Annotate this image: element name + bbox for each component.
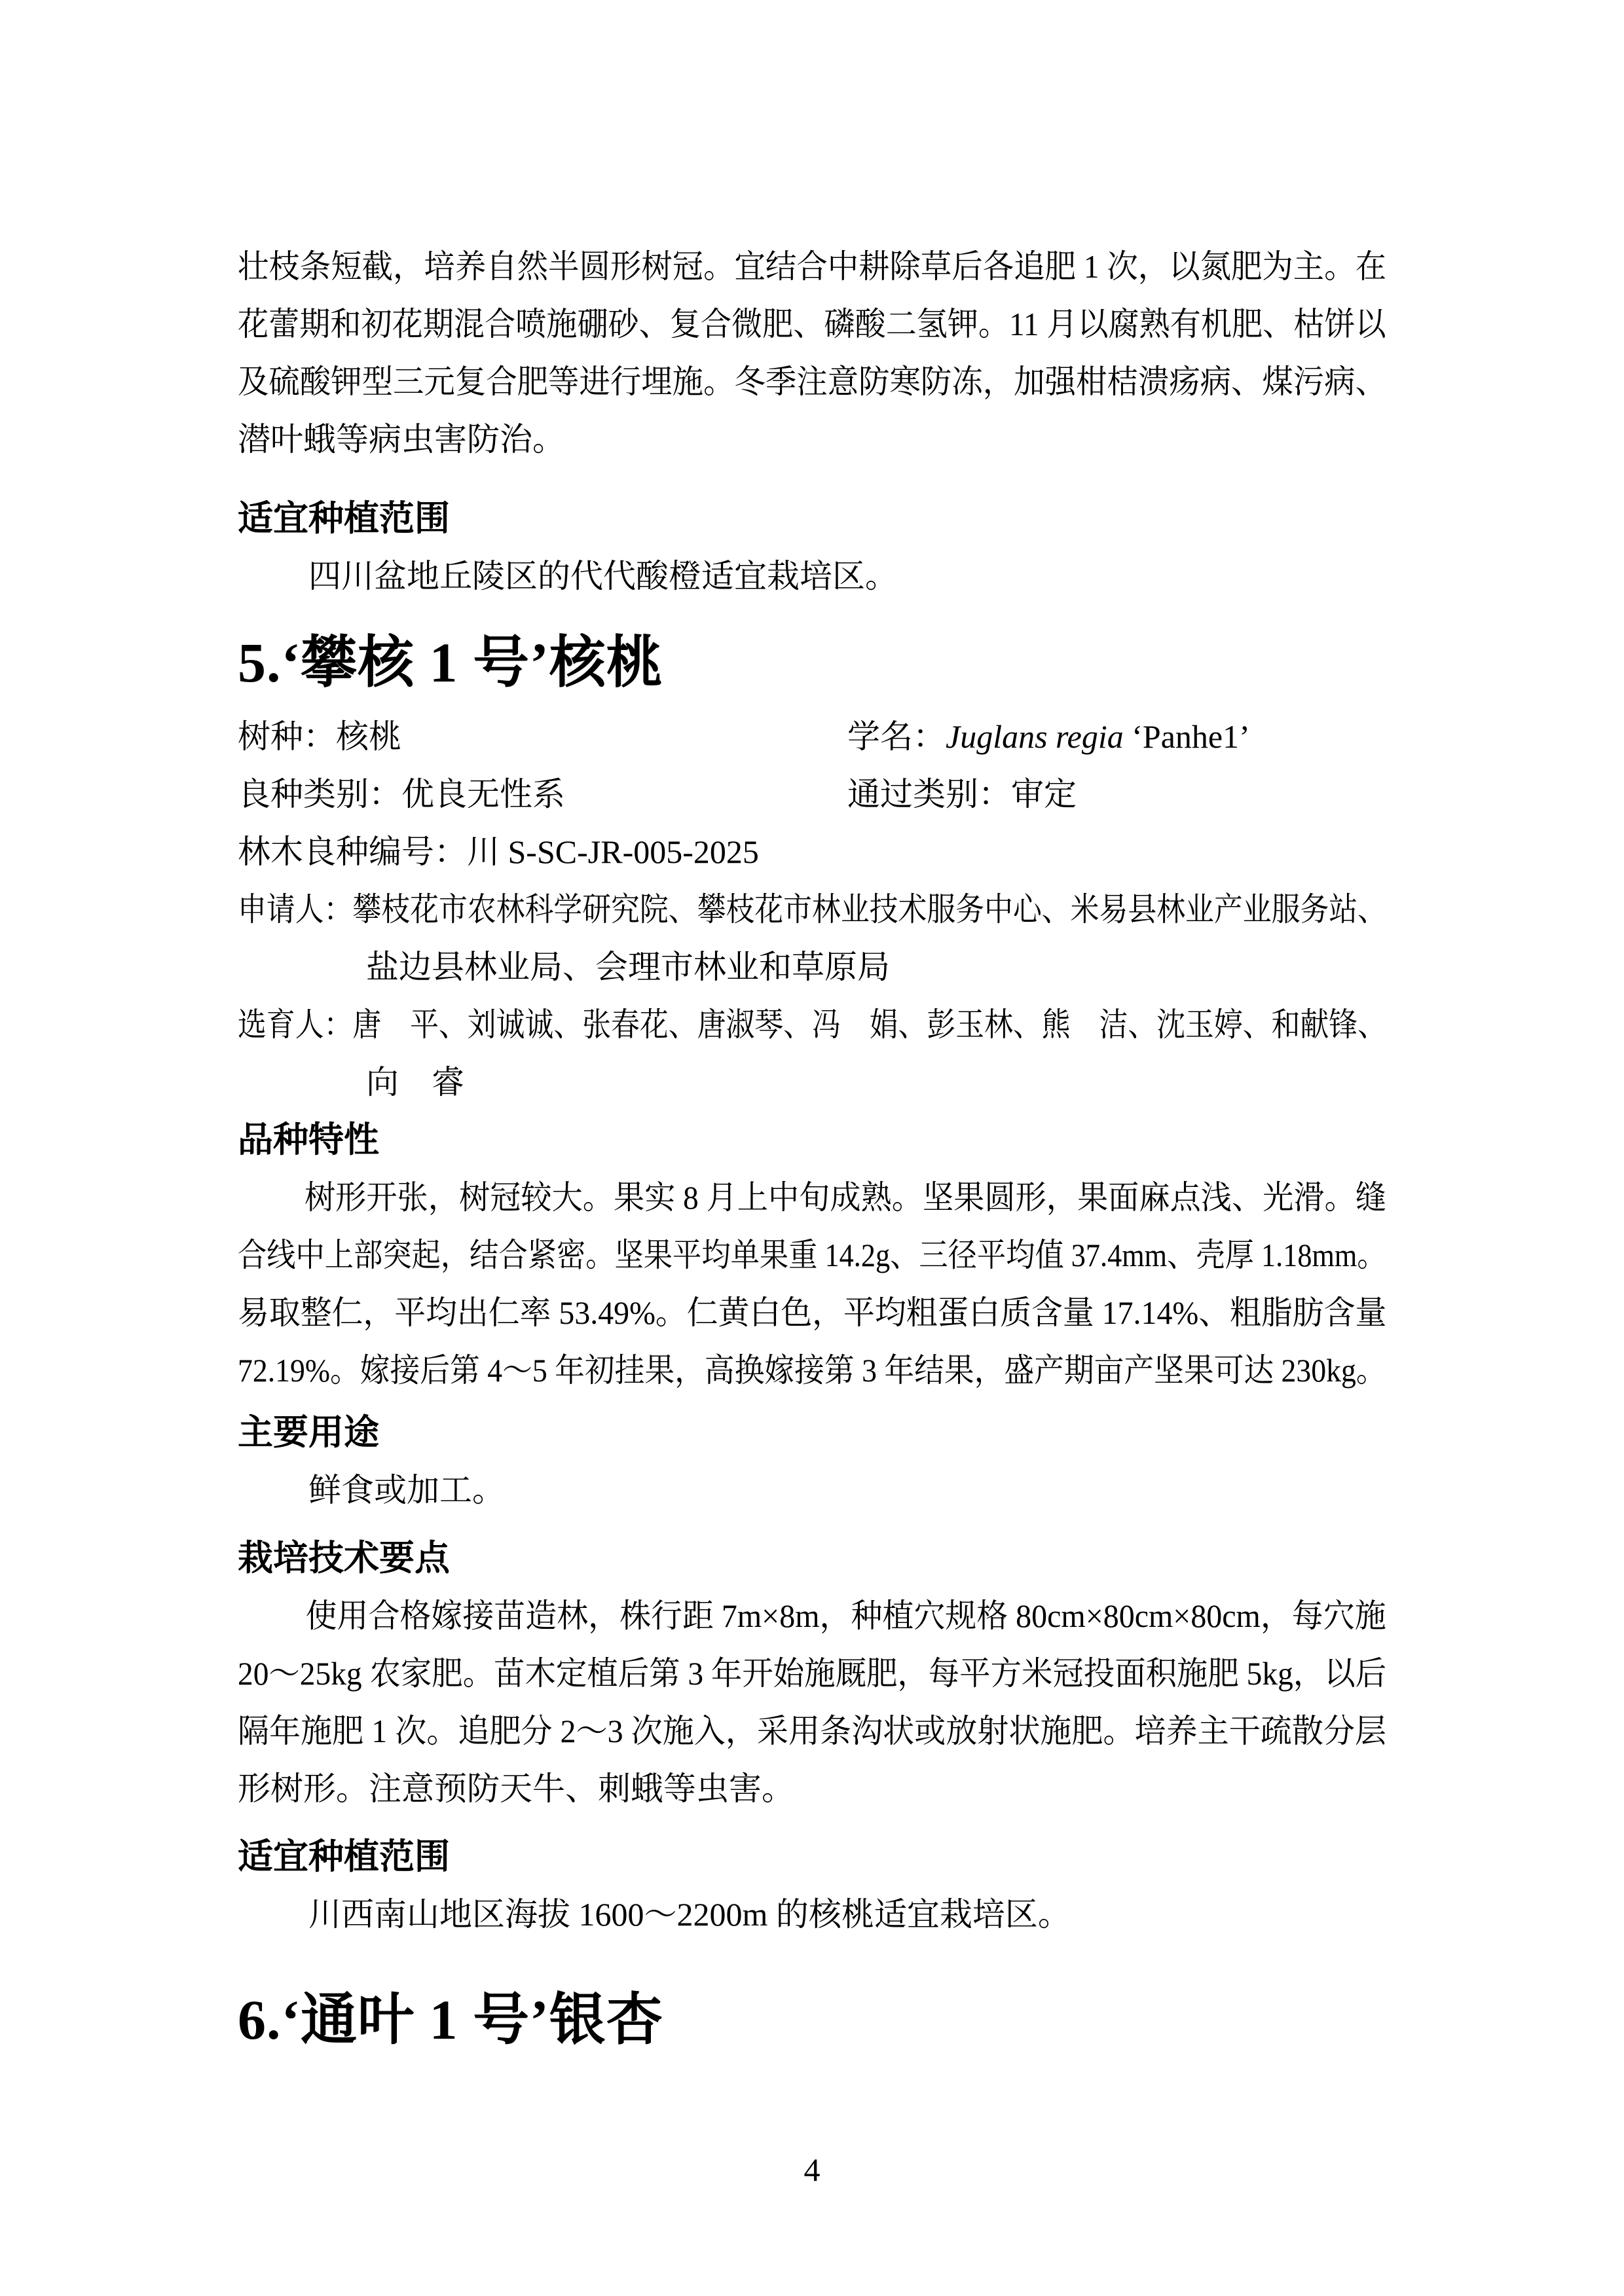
- species-value: 核桃: [336, 718, 401, 755]
- variety-category-label: 良种类别：: [238, 776, 401, 812]
- scientific-name-label: 学名：: [847, 718, 946, 755]
- scientific-name-cultivar: ‘Panhe1’: [1132, 718, 1250, 755]
- intro-paragraph-line: 及硫酸钾型三元复合肥等进行埋施。冬季注意防寒防冻，加强柑桔溃疡病、煤污病、: [238, 353, 1327, 410]
- seed-code-value: 川 S-SC-JR-005-2025: [467, 833, 759, 870]
- page-content: 壮枝条短截，培养自然半圆形树冠。宜结合中耕除草后各追肥 1 次，以氮肥为主。在 …: [238, 238, 1386, 2062]
- variety-category-value: 优良无性系: [401, 776, 565, 812]
- field-row-breeder: 选育人：唐 平、刘诚诚、张春花、唐淑琴、冯 娟、彭玉林、熊 洁、沈玉婷、和献锋、: [238, 996, 1245, 1053]
- heading-suitable-range-walnut: 适宜种植范围: [238, 1828, 1386, 1886]
- intro-paragraph-line: 壮枝条短截，培养自然半圆形树冠。宜结合中耕除草后各追肥 1 次，以氮肥为主。在: [238, 238, 1327, 295]
- field-row-applicant: 申请人：攀枝花市农林科学研究院、攀枝花市林业技术服务中心、米易县林业产业服务站、: [238, 881, 1245, 938]
- approval-category-label: 通过类别：: [847, 776, 1011, 812]
- variety-traits-line: 树形开张，树冠较大。果实 8 月上中旬成熟。坚果圆形，果面麻点浅、光滑。缝: [238, 1169, 1322, 1226]
- document-page: 壮枝条短截，培养自然半圆形树冠。宜结合中耕除草后各追肥 1 次，以氮肥为主。在 …: [0, 0, 1624, 2296]
- field-row-species: 树种：核桃 学名：Juglans regia ‘Panhe1’: [238, 708, 1386, 765]
- seed-code-label: 林木良种编号：: [238, 833, 467, 870]
- cultivation-line: 隔年施肥 1 次。追肥分 2～3 次施入，采用条沟状或放射状施肥。培养主干疏散分…: [238, 1702, 1342, 1760]
- main-uses-text: 鲜食或加工。: [238, 1461, 1386, 1519]
- approval-category: 通过类别：审定: [847, 765, 1077, 823]
- variety-traits-line: 合线中上部突起，结合紧密。坚果平均单果重 14.2g、三径平均值 37.4mm、…: [238, 1226, 1255, 1284]
- intro-paragraph-line: 潜叶蛾等病虫害防治。: [238, 410, 1386, 468]
- field-row-seed-code: 林木良种编号：川 S-SC-JR-005-2025: [238, 823, 1386, 881]
- intro-paragraph-line: 花蕾期和初花期混合喷施硼砂、复合微肥、磷酸二氢钾。11 月以腐熟有机肥、枯饼以: [238, 295, 1320, 353]
- applicant-label: 申请人：: [238, 891, 352, 928]
- cultivation-line: 20～25kg 农家肥。苗木定植后第 3 年开始施厩肥，每平方米冠投面积施肥 5…: [238, 1645, 1327, 1702]
- section5-title: 5.‘攀核 1 号’核桃: [238, 620, 1386, 705]
- heading-variety-traits: 品种特性: [238, 1111, 1386, 1169]
- scientific-name-latin: Juglans regia: [946, 718, 1124, 755]
- species-label: 树种：: [238, 718, 336, 755]
- heading-suitable-range-prev: 适宜种植范围: [238, 490, 1386, 547]
- heading-cultivation: 栽培技术要点: [238, 1529, 1386, 1587]
- breeder-value-line1: 唐 平、刘诚诚、张春花、唐淑琴、冯 娟、彭玉林、熊 洁、沈玉婷、和献锋、: [352, 1006, 1386, 1043]
- cultivation-line: 形树形。注意预防天牛、刺蛾等虫害。: [238, 1760, 1386, 1817]
- suitable-range-walnut-text: 川西南山地区海拔 1600～2200m 的核桃适宜栽培区。: [238, 1886, 1386, 1943]
- suitable-range-prev-text: 四川盆地丘陵区的代代酸橙适宜栽培区。: [238, 547, 1386, 605]
- breeder-value-line2: 向 睿: [238, 1053, 1386, 1111]
- field-row-category: 良种类别：优良无性系 通过类别：审定: [238, 765, 1386, 823]
- cultivation-line: 使用合格嫁接苗造林，株行距 7m×8m，种植穴规格 80cm×80cm×80cm…: [238, 1587, 1339, 1645]
- applicant-value-line2: 盐边县林业局、会理市林业和草原局: [238, 938, 1386, 996]
- section6-title: 6.‘通叶 1 号’银杏: [238, 1977, 1386, 2062]
- scientific-name: 学名：Juglans regia ‘Panhe1’: [847, 708, 1250, 765]
- variety-traits-line: 72.19%。嫁接后第 4～5 年初挂果，高换嫁接第 3 年结果，盛产期亩产坚果…: [238, 1341, 1289, 1399]
- applicant-value-line1: 攀枝花市农林科学研究院、攀枝花市林业技术服务中心、米易县林业产业服务站、: [352, 891, 1386, 928]
- page-number: 4: [0, 2141, 1624, 2198]
- approval-category-value: 审定: [1011, 776, 1077, 812]
- heading-main-uses: 主要用途: [238, 1404, 1386, 1461]
- variety-traits-line: 易取整仁，平均出仁率 53.49%。仁黄白色，平均粗蛋白质含量 17.14%、粗…: [238, 1284, 1337, 1341]
- breeder-label: 选育人：: [238, 1006, 352, 1043]
